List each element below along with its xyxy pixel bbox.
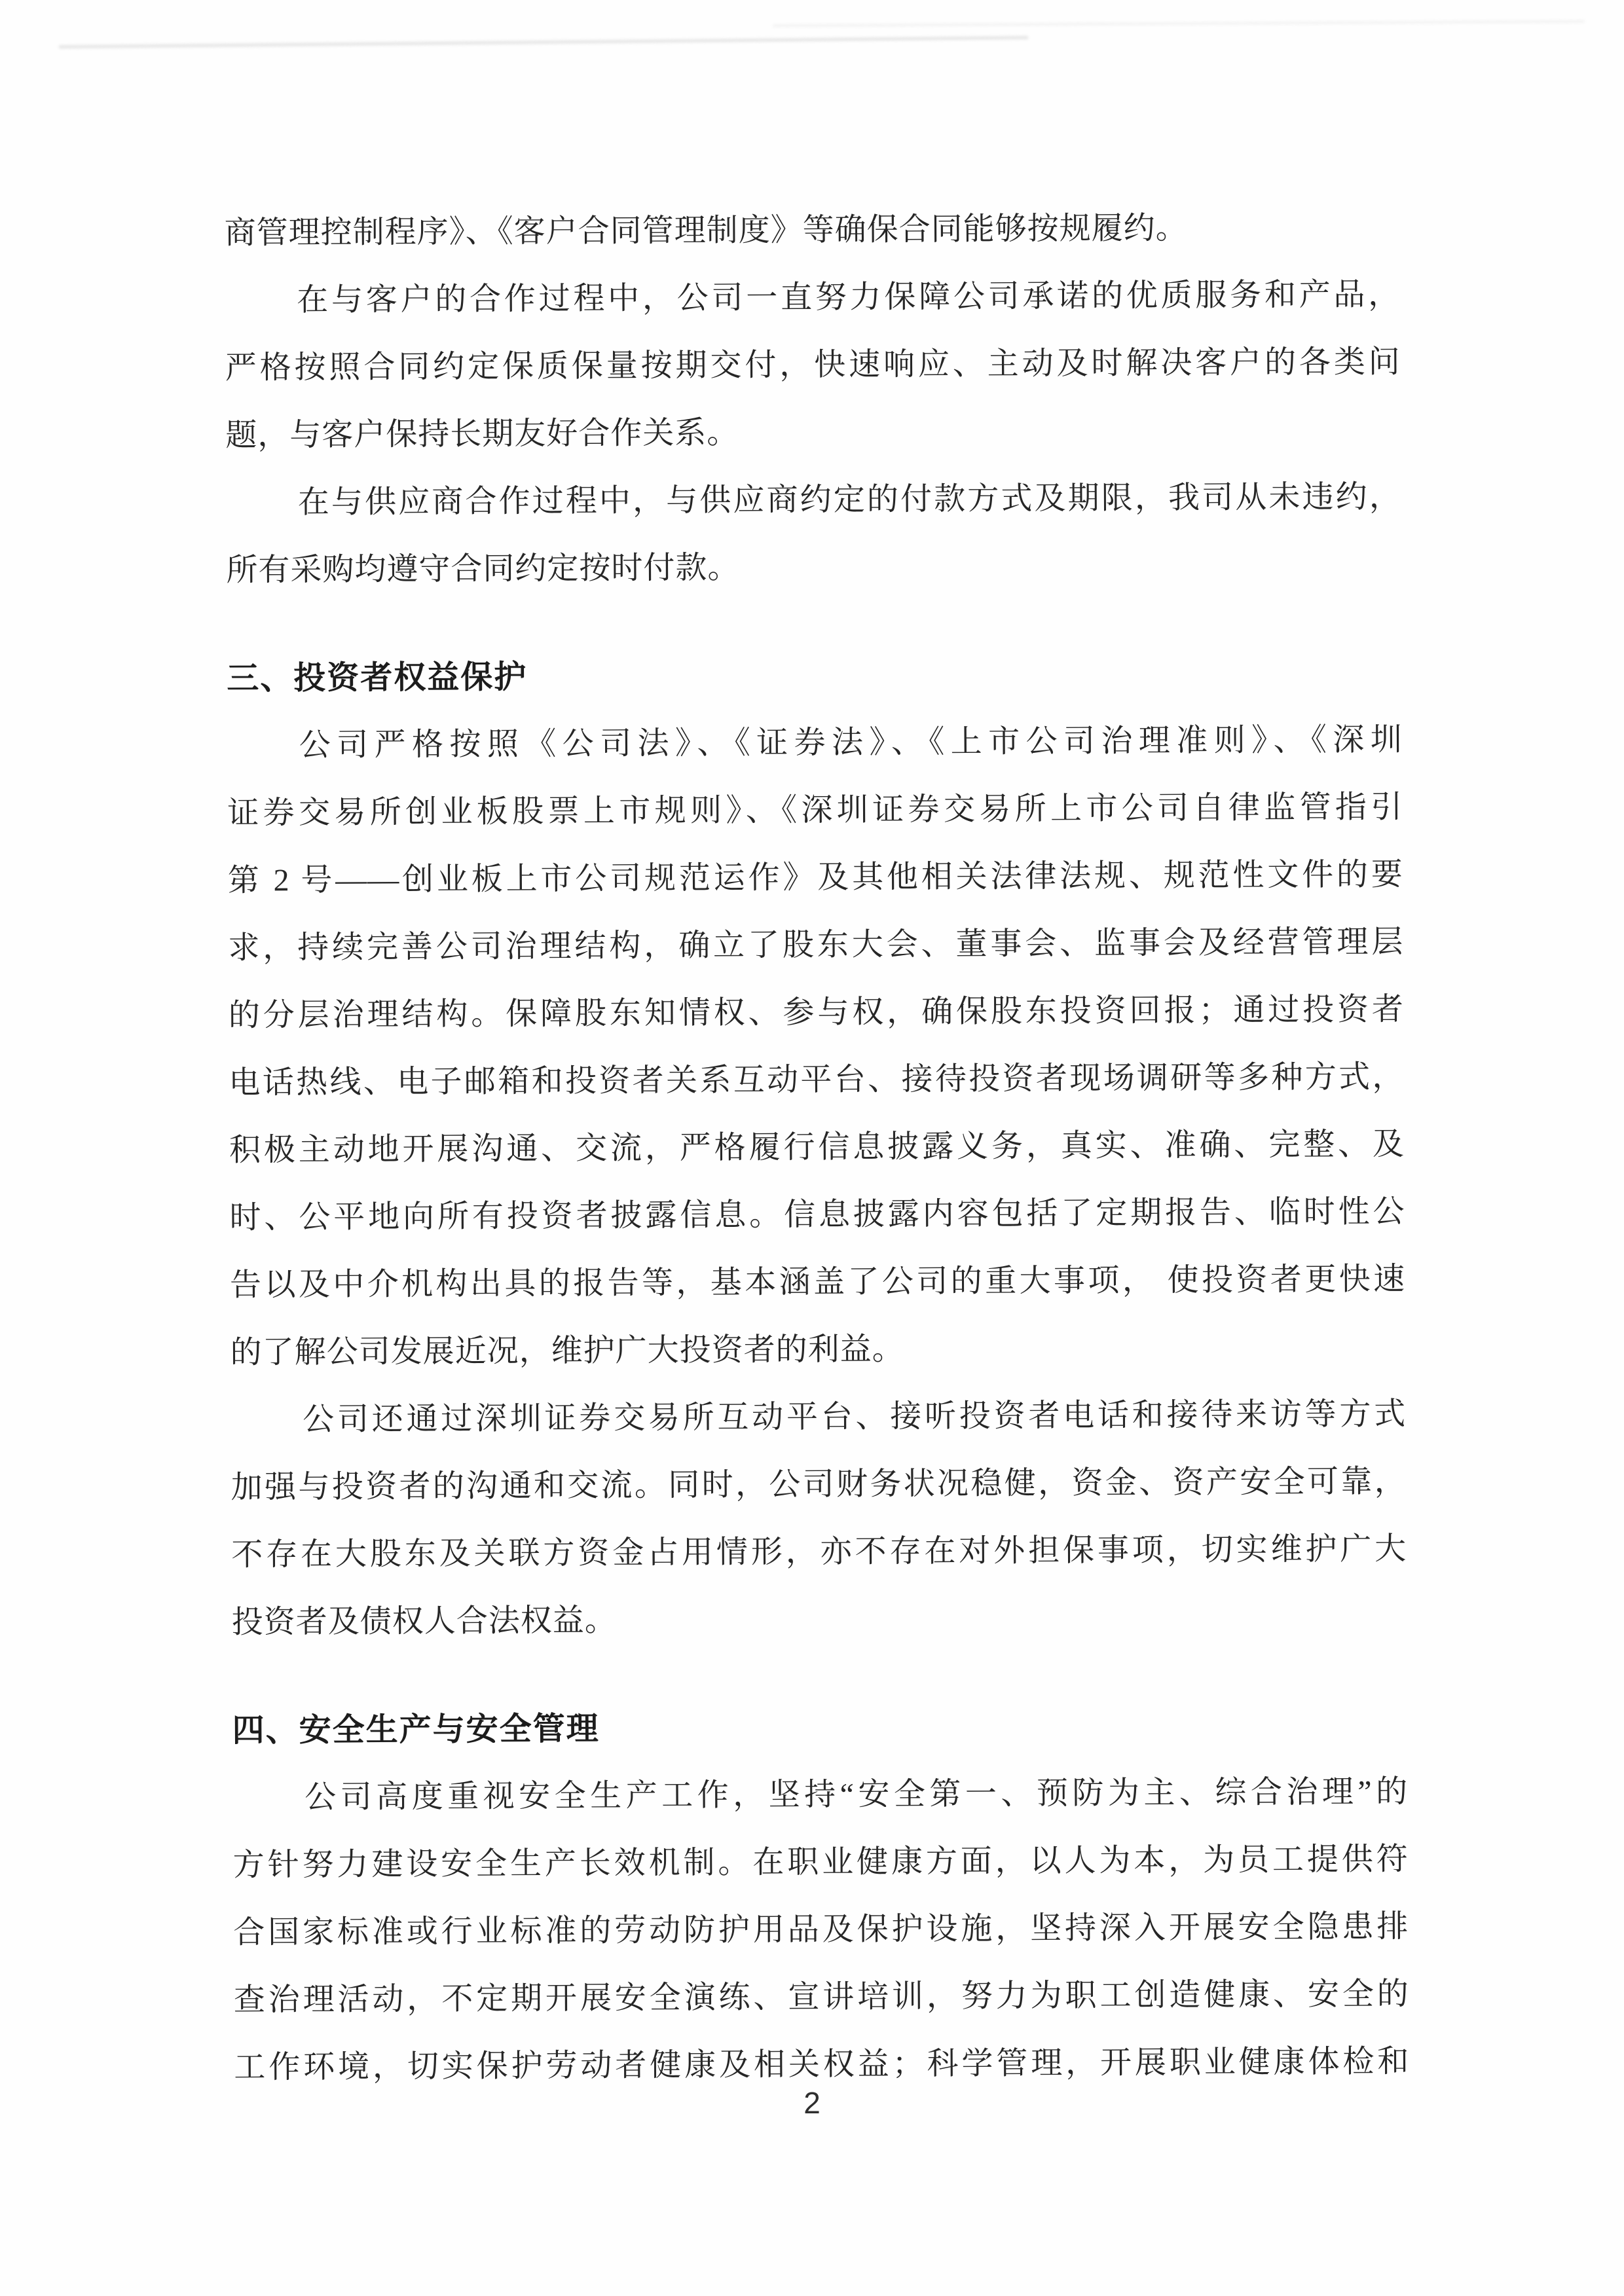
text-line: 告以及中介机构出具的报告等，基本涵盖了公司的重大事项， 使投资者更快速 [230,1245,1406,1319]
text-line: 公司高度重视安全生产工作，坚持“安全第一、预防为主、综合治理”的 [232,1758,1409,1831]
text-line: 所有采购均遵守合同约定按时付款。 [226,530,1402,604]
text-line: 电话热线、电子邮箱和投资者关系互动平台、接待投资者现场调研等多种方式， [229,1043,1405,1116]
text-line: 加强与投资者的沟通和交流。同时，公司财务状况稳健，资金、资产安全可靠， [231,1448,1407,1521]
text-line: 合国家标准或行业标准的劳动防护用品及保护设施，坚持深入开展安全隐患排 [233,1893,1409,1966]
text-line: 不存在大股东及关联方资金占用情形，亦不存在对外担保事项，切实维护广大 [231,1515,1407,1588]
text-line: 公司严格按照《公司法》、《证券法》、《上市公司治理准则》、《深圳 [227,706,1403,779]
text-line: 方针努力建设安全生产长效机制。在职业健康方面，以人为本，为员工提供符 [232,1825,1409,1899]
text-line: 求，持续完善公司治理结构，确立了股东大会、董事会、监事会及经营管理层 [228,908,1404,981]
scan-artifact-smudge [773,20,1585,27]
text-line: 证券交易所创业板股票上市规则》、《深圳证券交易所上市公司自律监管指引 [227,773,1403,847]
text-line: 严格按照合同约定保质保量按期交付，快速响应、主动及时解决客户的各类问 [225,328,1401,401]
section-heading-safety-management: 四、安全生产与安全管理 [232,1690,1408,1764]
page-number: 2 [0,2085,1624,2121]
text-line: 商管理控制程序》、《客户合同管理制度》等确保合同能够按规履约。 [224,193,1400,266]
text-line: 的分层治理结构。保障股东知情权、参与权，确保股东投资回报；通过投资者 [229,975,1405,1049]
text-line: 积极主动地开展沟通、交流，严格履行信息披露义务，真实、准确、完整、及 [229,1110,1405,1184]
text-line: 第 2 号——创业板上市公司规范运作》及其他相关法律法规、规范性文件的要 [228,841,1404,914]
document-sheet: 商管理控制程序》、《客户合同管理制度》等确保合同能够按规履约。 在与客户的合作过… [224,193,1409,2101]
text-line: 时、公平地向所有投资者披露信息。信息披露内容包括了定期报告、临时性公 [229,1178,1405,1251]
text-line: 投资者及债权人合法权益。 [232,1582,1408,1656]
text-line: 在与供应商合作过程中，与供应商约定的付款方式及期限，我司从未违约， [226,463,1402,536]
text-line: 的了解公司发展近况，维护广大投资者的利益。 [230,1313,1406,1386]
scan-artifact-smudge [59,36,1028,48]
text-line: 公司还通过深圳证券交易所互动平台、接听投资者电话和接待来访等方式 [231,1380,1407,1453]
section-heading-investor-protection: 三、投资者权益保护 [227,638,1403,712]
text-line: 题，与客户保持长期友好合作关系。 [225,395,1401,469]
text-line: 查治理活动，不定期开展安全演练、宣讲培训，努力为职工创造健康、安全的 [234,1960,1410,2033]
text-line: 在与客户的合作过程中，公司一直努力保障公司承诺的优质服务和产品， [225,261,1401,334]
scanned-document-page: 商管理控制程序》、《客户合同管理制度》等确保合同能够按规履约。 在与客户的合作过… [0,0,1624,2296]
